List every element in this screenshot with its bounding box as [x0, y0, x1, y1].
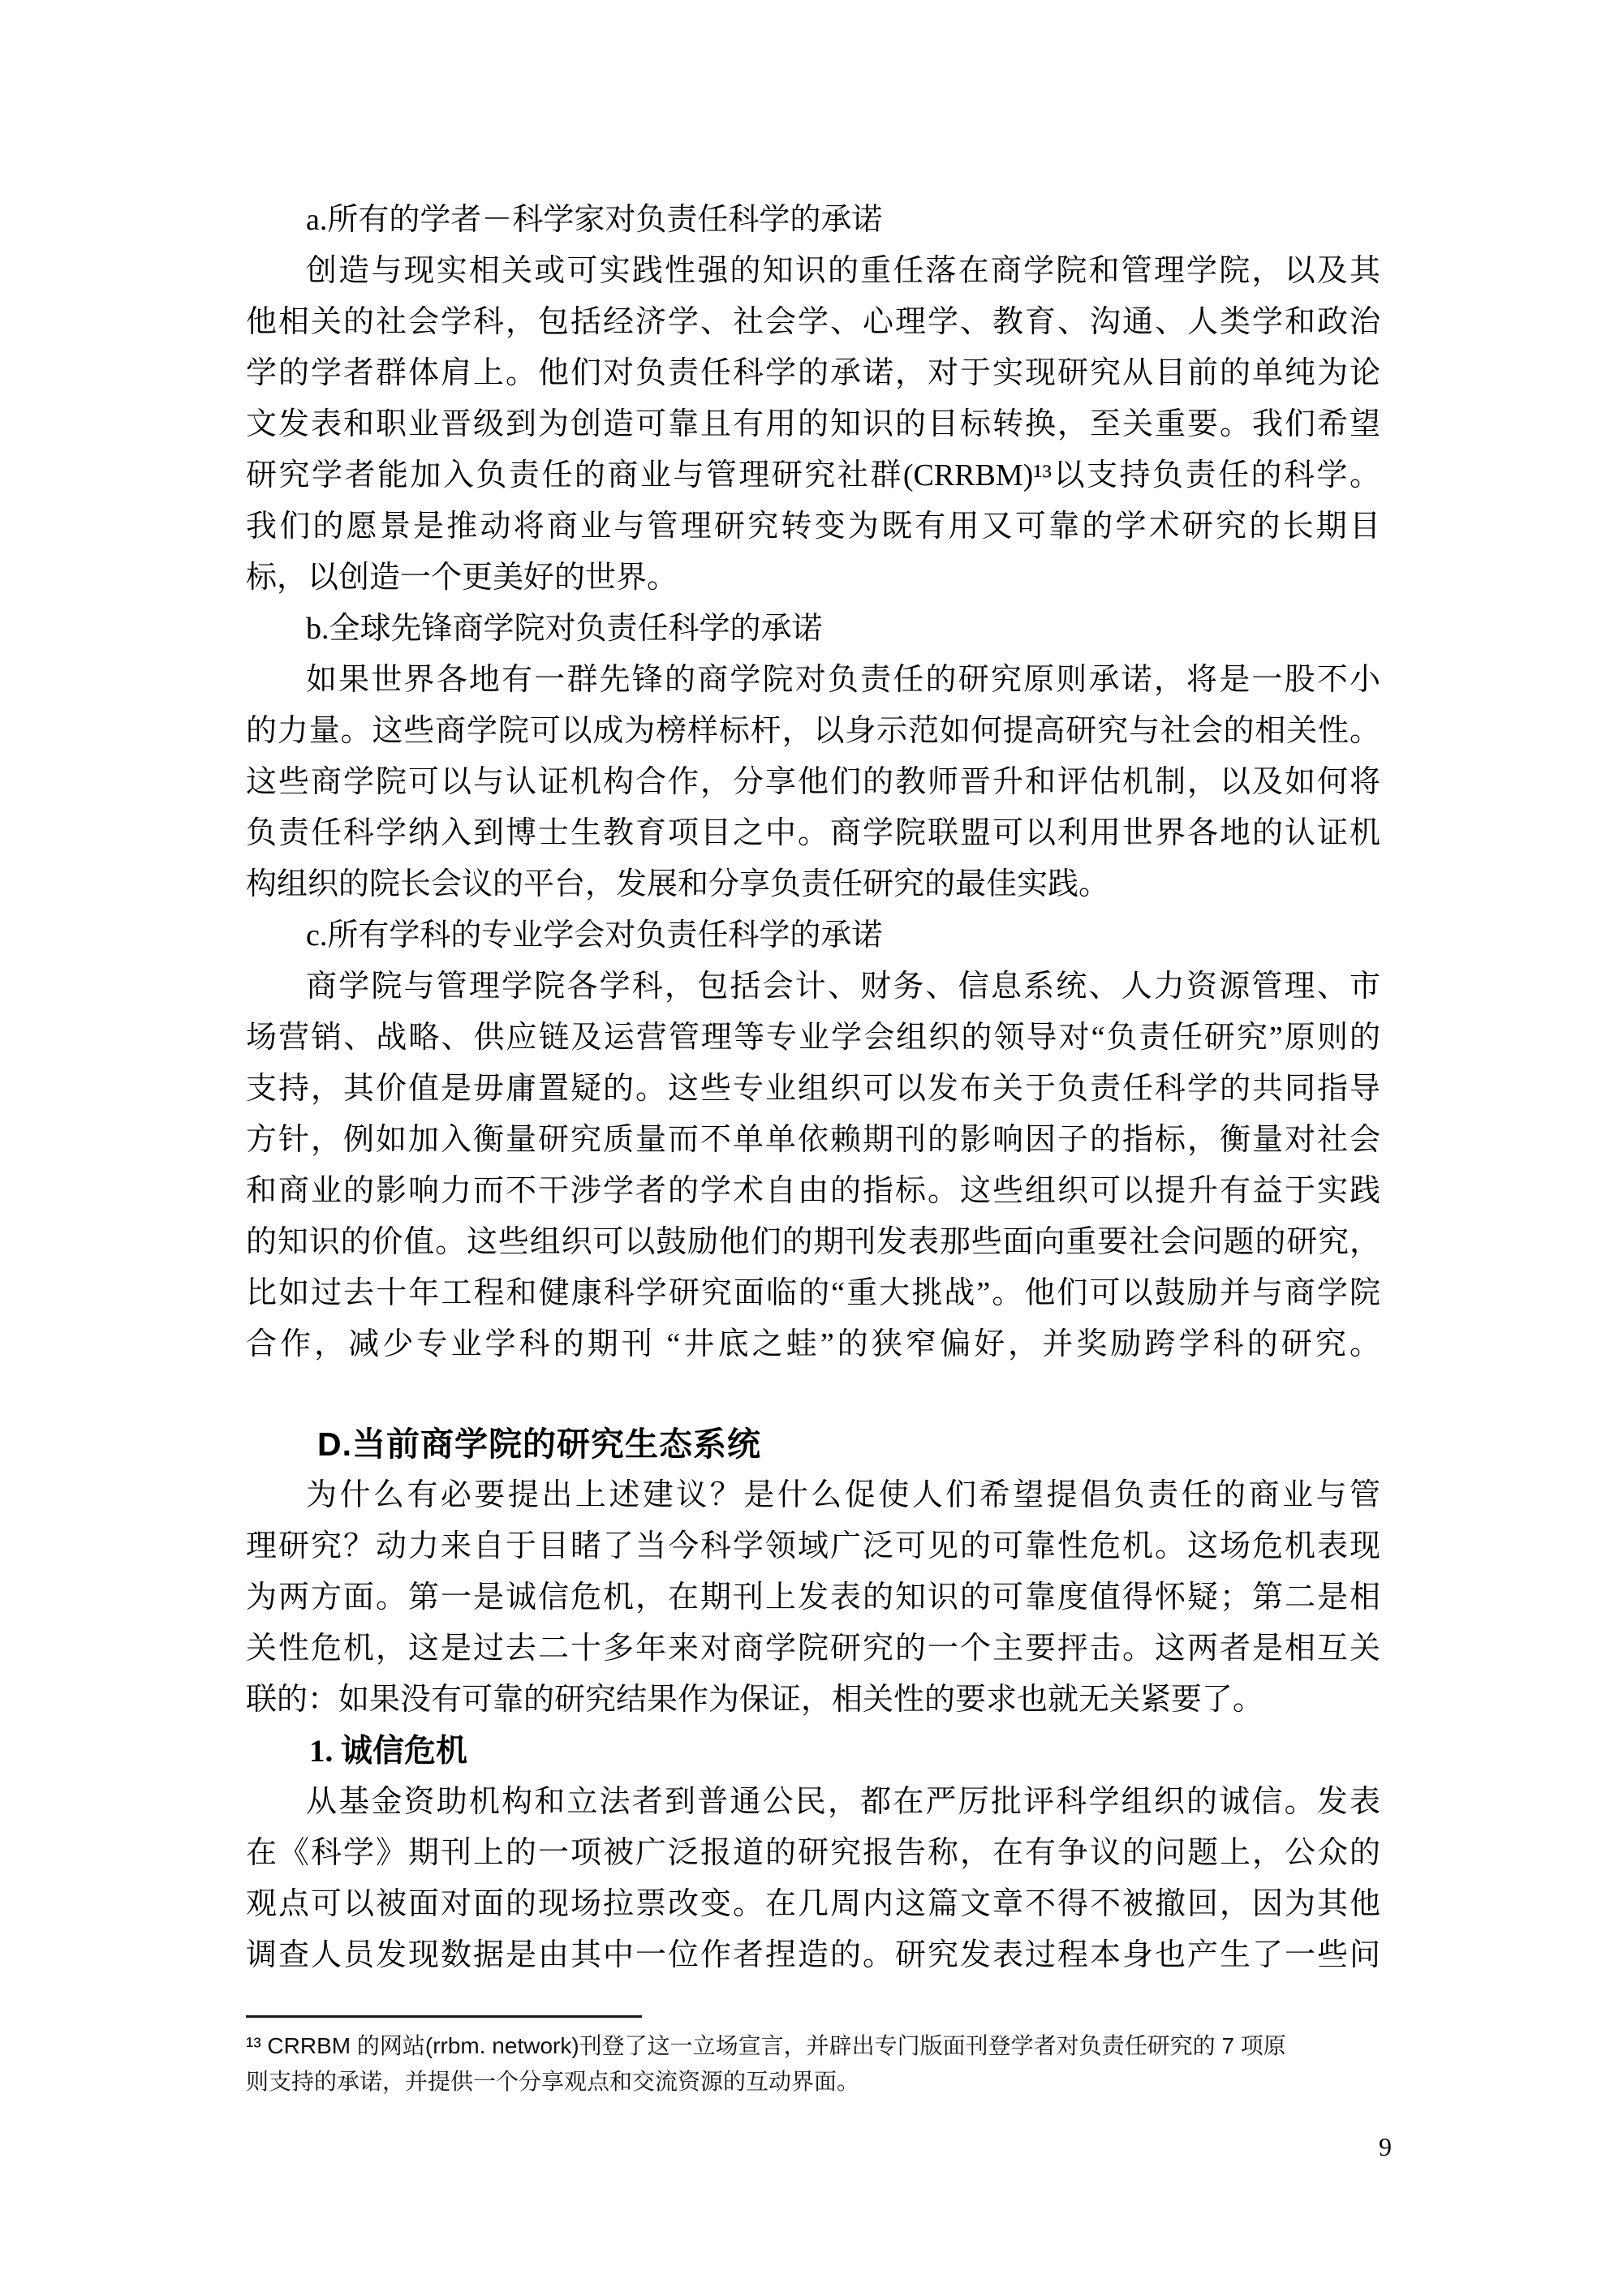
- text-line: 在《科学》期刊上的一项被广泛报道的研究报告称，在有争议的问题上，公众的: [246, 1828, 1380, 1879]
- text-line: 学的学者群体肩上。他们对负责任科学的承诺，对于实现研究从目前的单纯为论: [246, 348, 1380, 399]
- text-line: 联的：如果没有可靠的研究结果作为保证，相关性的要求也就无关紧要了。: [246, 1675, 1380, 1726]
- page-number: 9: [246, 2130, 1392, 2163]
- text-line: 构组织的院长会议的平台，发展和分享负责任研究的最佳实践。: [246, 859, 1380, 910]
- text-line: 如果世界各地有一群先锋的商学院对负责任的研究原则承诺，将是一股不小: [246, 655, 1380, 706]
- text-line: 的力量。这些商学院可以成为榜样标杆，以身示范如何提高研究与社会的相关性。: [246, 706, 1380, 757]
- text-line: 的知识的价值。这些组织可以鼓励他们的期刊发表那些面向重要社会问题的研究，: [246, 1217, 1380, 1268]
- text-line: 关性危机，这是过去二十多年来对商学院研究的一个主要抨击。这两者是相互关: [246, 1623, 1380, 1675]
- footnote-block: ¹³ CRRBM 的网站(rrbm. network)刊登了这一立场宣言，并辟出…: [246, 2028, 1382, 2100]
- text-line: 我们的愿景是推动将商业与管理研究转变为既有用又可靠的学术研究的长期目: [246, 501, 1380, 553]
- document-body: a.所有的学者－科学家对负责任科学的承诺创造与现实相关或可实践性强的知识的重任落…: [246, 195, 1380, 1981]
- text-line: 标，以创造一个更美好的世界。: [246, 553, 1380, 604]
- item-heading: c.所有学科的专业学会对负责任科学的承诺: [246, 910, 1380, 961]
- text-line: 他相关的社会学科，包括经济学、社会学、心理学、教育、沟通、人类学和政治: [246, 297, 1380, 348]
- section-heading: D.当前商学院的研究生态系统: [246, 1419, 1380, 1470]
- text-line: 这些商学院可以与认证机构合作，分享他们的教师晋升和评估机制，以及如何将: [246, 757, 1380, 808]
- item-heading: a.所有的学者－科学家对负责任科学的承诺: [246, 195, 1380, 246]
- footnote-line: ¹³ CRRBM 的网站(rrbm. network)刊登了这一立场宣言，并辟出…: [246, 2028, 1382, 2064]
- text-line: 从基金资助机构和立法者到普通公民，都在严厉批评科学组织的诚信。发表: [246, 1777, 1380, 1828]
- text-line: 创造与现实相关或可实践性强的知识的重任落在商学院和管理学院，以及其: [246, 246, 1380, 297]
- text-line: 合作，减少专业学科的期刊 “井底之蛙”的狭窄偏好，并奖励跨学科的研究。: [246, 1319, 1380, 1370]
- subsection-heading: 1. 诚信危机: [246, 1726, 1380, 1777]
- text-line: 观点可以被面对面的现场拉票改变。在几周内这篇文章不得不被撤回，因为其他: [246, 1879, 1380, 1930]
- text-line: 研究学者能加入负责任的商业与管理研究社群(CRRBM)¹³以支持负责任的科学。: [246, 450, 1380, 501]
- text-line: 理研究？动力来自于目睹了当今科学领域广泛可见的可靠性危机。这场危机表现: [246, 1521, 1380, 1572]
- text-line: 为什么有必要提出上述建议？是什么促使人们希望提倡负责任的商业与管: [246, 1470, 1380, 1521]
- text-line: 文发表和职业晋级到为创造可靠且有用的知识的目标转换，至关重要。我们希望: [246, 399, 1380, 450]
- text-line: 方针，例如加入衡量研究质量而不单单依赖期刊的影响因子的指标，衡量对社会: [246, 1115, 1380, 1166]
- text-line: 和商业的影响力而不干涉学者的学术自由的指标。这些组织可以提升有益于实践: [246, 1166, 1380, 1217]
- footnote-line: 则支持的承诺，并提供一个分享观点和交流资源的互动界面。: [246, 2064, 1382, 2100]
- item-heading: b.全球先锋商学院对负责任科学的承诺: [246, 604, 1380, 655]
- document-page: a.所有的学者－科学家对负责任科学的承诺创造与现实相关或可实践性强的知识的重任落…: [0, 0, 1623, 2296]
- text-line: 场营销、战略、供应链及运营管理等专业学会组织的领导对“负责任研究”原则的: [246, 1013, 1380, 1064]
- text-line: 调查人员发现数据是由其中一位作者捏造的。研究发表过程本身也产生了一些问: [246, 1930, 1380, 1981]
- footnote-separator: [246, 2015, 642, 2018]
- text-line: 支持，其价值是毋庸置疑的。这些专业组织可以发布关于负责任科学的共同指导: [246, 1064, 1380, 1115]
- text-line: 比如过去十年工程和健康科学研究面临的“重大挑战”。他们可以鼓励并与商学院: [246, 1268, 1380, 1319]
- text-line: 为两方面。第一是诚信危机，在期刊上发表的知识的可靠度值得怀疑；第二是相: [246, 1572, 1380, 1623]
- section-spacer: [246, 1370, 1380, 1419]
- text-line: 商学院与管理学院各学科，包括会计、财务、信息系统、人力资源管理、市: [246, 961, 1380, 1013]
- text-line: 负责任科学纳入到博士生教育项目之中。商学院联盟可以利用世界各地的认证机: [246, 808, 1380, 859]
